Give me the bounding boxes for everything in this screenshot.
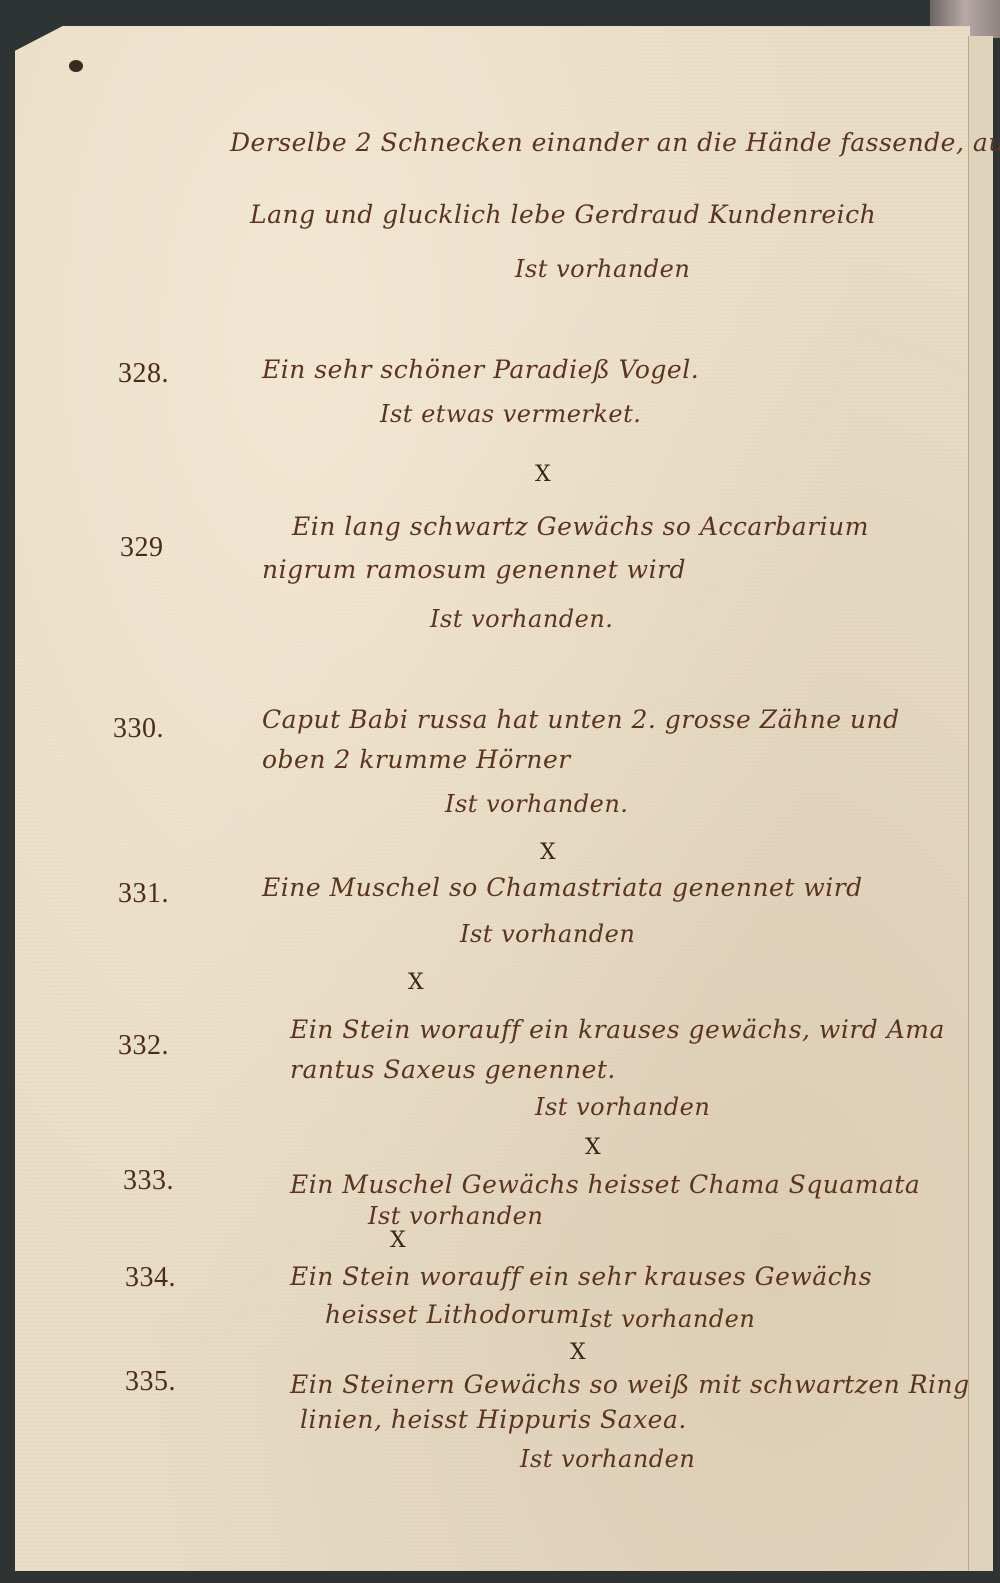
entry-mark-333: X [585,1135,601,1160]
entry-status-328: Ist etwas vermerket. [380,400,641,428]
entry-number-332: 332. [118,1030,169,1062]
entry-status-331: Ist vorhanden [460,920,635,948]
entry-status-329: Ist vorhanden. [430,605,613,633]
page-fold-edge [968,36,993,1571]
entry-number-328: 328. [118,358,169,390]
entry-text-332-1: Ein Stein worauff ein krauses gewächs, w… [290,1015,945,1044]
entry-text-333: Ein Muschel Gewächs heisset Chama Squama… [290,1170,920,1199]
entry-text-335-2: linien, heisst Hippuris Saxea. [300,1405,687,1434]
entry-text-332-2: rantus Saxeus genennet. [290,1055,616,1084]
entry-number-330: 330. [113,713,164,745]
entry-number-329: 329 [120,532,164,564]
entry-text-334-1: Ein Stein worauff ein sehr krauses Gewäc… [290,1262,872,1291]
entry-mark-332: X [408,970,424,995]
intro-line-1: Derselbe 2 Schnecken einander an die Hän… [230,128,1000,157]
entry-number-335: 335. [125,1366,176,1398]
entry-text-330-2: oben 2 krumme Hörner [262,745,571,774]
entry-text-329-1: Ein lang schwartz Gewächs so Accarbarium [292,512,869,541]
entry-mark-335: X [570,1340,586,1365]
entry-text-328: Ein sehr schöner Paradieß Vogel. [262,355,699,384]
entry-mark-329: X [535,462,551,487]
ink-blot [69,60,83,72]
entry-text-330-1: Caput Babi russa hat unten 2. grosse Zäh… [262,705,900,734]
entry-status-334: Ist vorhanden [580,1305,755,1333]
intro-status: Ist vorhanden [515,255,690,283]
entry-text-329-2: nigrum ramosum genennet wird [262,555,686,584]
entry-text-335-1: Ein Steinern Gewächs so weiß mit schwart… [290,1370,970,1399]
entry-number-333: 333. [123,1165,174,1197]
entry-mark-334: X [390,1228,406,1253]
entry-status-335: Ist vorhanden [520,1445,695,1473]
entry-status-332: Ist vorhanden [535,1093,710,1121]
entry-number-331: 331. [118,878,169,910]
intro-line-3: Lang und glucklich lebe Gerdraud Kundenr… [250,200,876,229]
entry-mark-331: X [540,840,556,865]
entry-text-331: Eine Muschel so Chamastriata genennet wi… [262,873,863,902]
entry-number-334: 334. [125,1262,176,1294]
entry-status-333: Ist vorhanden [368,1202,543,1230]
entry-text-334-2: heisset Lithodorum. [325,1300,588,1329]
entry-status-330: Ist vorhanden. [445,790,628,818]
